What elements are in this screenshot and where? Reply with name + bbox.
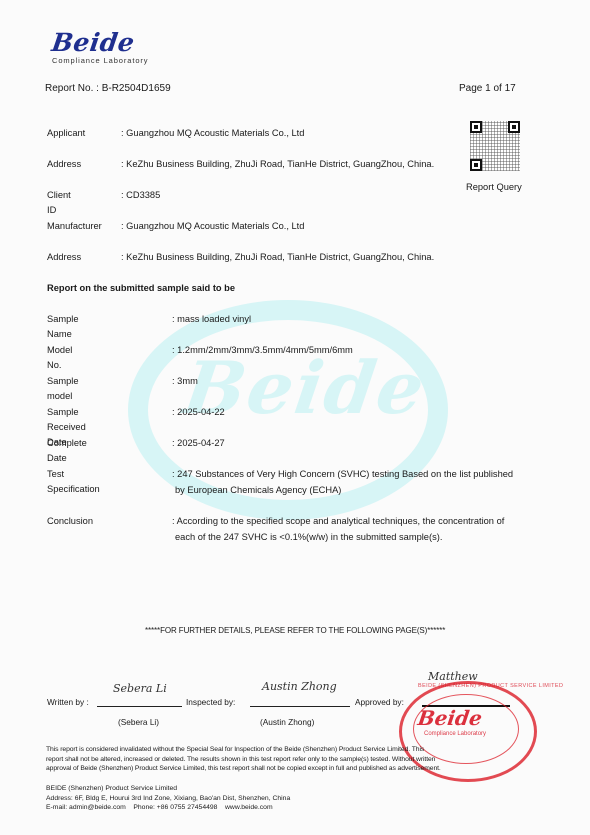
inspected-by-signature: Austin Zhong xyxy=(262,680,337,693)
field-label: Sample Name xyxy=(47,312,79,342)
field-value: : 247 Substances of Very High Concern (S… xyxy=(172,467,542,482)
logo-wordmark: Beide xyxy=(50,30,136,55)
field-label: Sample model xyxy=(47,374,79,404)
field-value: : 3mm xyxy=(172,374,542,389)
field-label: Test Specification xyxy=(47,467,100,497)
field-label: Manufacturer xyxy=(47,219,102,234)
logo-subtitle: Compliance Laboratory xyxy=(52,56,148,65)
seal-subtitle: Compliance Laboratory xyxy=(424,731,486,737)
written-by-signature: Sebera Li xyxy=(113,682,167,695)
field-label: Address xyxy=(47,157,81,172)
field-label: Client ID xyxy=(47,188,71,218)
field-value: : Guangzhou MQ Acoustic Materials Co., L… xyxy=(121,219,461,234)
seal-arc-text: BEIDE (SHENZHEN) PRODUCT SERVICE LIMITED xyxy=(418,683,563,689)
qr-code-icon[interactable] xyxy=(470,121,520,171)
inspected-by-label: Inspected by: xyxy=(186,697,235,707)
field-label: Complete Date xyxy=(47,436,87,466)
footer: BEIDE (Shenzhen) Product Service Limited… xyxy=(46,784,290,813)
field-value: : CD3385 xyxy=(121,188,461,203)
disclaimer-line: This report is considered invalidated wi… xyxy=(46,745,546,755)
company-logo: Beide Compliance Laboratory xyxy=(52,30,148,65)
seal-logo: Beide xyxy=(416,706,483,730)
qr-finder-icon xyxy=(508,121,520,133)
footer-company: BEIDE (Shenzhen) Product Service Limited xyxy=(46,784,290,794)
field-value-continued: by European Chemicals Agency (ECHA) xyxy=(175,483,545,498)
page-indicator: Page 1 of 17 xyxy=(459,83,516,94)
field-value: : According to the specified scope and a… xyxy=(172,514,542,529)
field-value: : KeZhu Business Building, ZhuJi Road, T… xyxy=(121,157,466,172)
approved-by-label: Approved by: xyxy=(355,697,404,707)
field-label: Applicant xyxy=(47,126,85,141)
disclaimer: This report is considered invalidated wi… xyxy=(46,745,546,774)
field-label: Conclusion xyxy=(47,514,93,529)
field-value-continued: each of the 247 SVHC is <0.1%(w/w) in th… xyxy=(175,530,545,545)
report-number: Report No. : B-R2504D1659 xyxy=(45,83,171,94)
written-by-name: (Sebera Li) xyxy=(118,717,159,727)
field-value: : KeZhu Business Building, ZhuJi Road, T… xyxy=(121,250,466,265)
written-by-label: Written by : xyxy=(47,697,89,707)
field-label: Address xyxy=(47,250,81,265)
inspected-by-line xyxy=(250,706,350,707)
qr-finder-icon xyxy=(470,121,482,133)
written-by-line xyxy=(97,706,182,707)
field-value: : 2025-04-27 xyxy=(172,436,542,451)
qr-finder-icon xyxy=(470,159,482,171)
report-query-link[interactable]: Report Query xyxy=(466,182,522,192)
further-details-note: *****FOR FURTHER DETAILS, PLEASE REFER T… xyxy=(145,626,445,635)
disclaimer-line: report shall not be altered, increased o… xyxy=(46,755,546,765)
field-label: Model No. xyxy=(47,343,72,373)
footer-contact: E-mail: admin@beide.com Phone: +86 0755 … xyxy=(46,803,290,813)
field-value: : 2025-04-22 xyxy=(172,405,542,420)
field-value: : mass loaded vinyl xyxy=(172,312,542,327)
section-title: Report on the submitted sample said to b… xyxy=(47,283,235,293)
inspected-by-name: (Austin Zhong) xyxy=(260,717,314,727)
field-value: : 1.2mm/2mm/3mm/3.5mm/4mm/5mm/6mm xyxy=(172,343,542,358)
footer-address: Address: 6F, Bldg E, Hourui 3rd Ind Zone… xyxy=(46,794,290,804)
disclaimer-line: approval of Beide (Shenzhen) Product Ser… xyxy=(46,764,546,774)
field-value: : Guangzhou MQ Acoustic Materials Co., L… xyxy=(121,126,461,141)
